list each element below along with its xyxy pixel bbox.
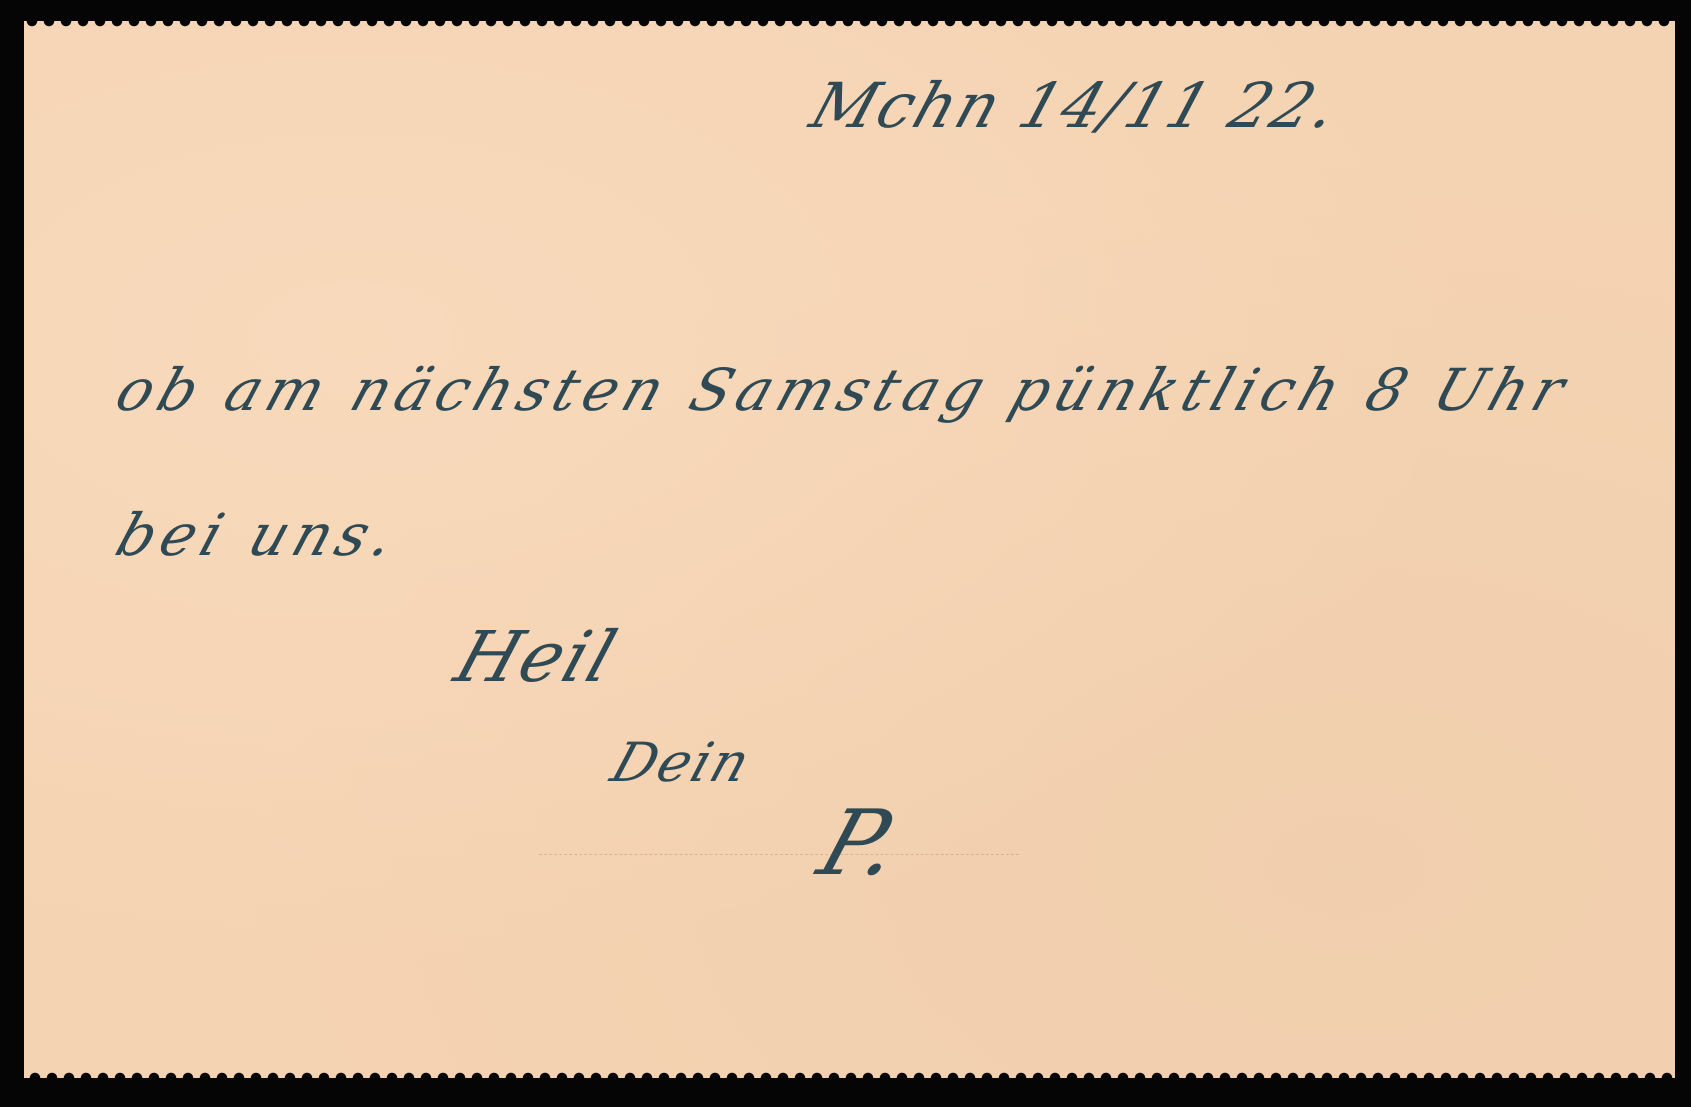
perforated-edge-bottom — [24, 1070, 1675, 1078]
place-date-line: Mchn 14/11 22. — [802, 69, 1348, 142]
perforated-edge-top — [24, 21, 1675, 29]
faint-printed-rule — [539, 854, 1019, 855]
body-line-1: ob am nächsten Samstag pünktlich 8 Uhr — [108, 356, 1579, 424]
sign-off: Dein — [604, 731, 760, 794]
closing-greeting: Heil — [446, 616, 628, 698]
signature: P. — [807, 791, 916, 896]
postcard: Mchn 14/11 22. ob am nächsten Samstag pü… — [24, 21, 1675, 1078]
body-line-2: bei uns. — [108, 501, 409, 569]
